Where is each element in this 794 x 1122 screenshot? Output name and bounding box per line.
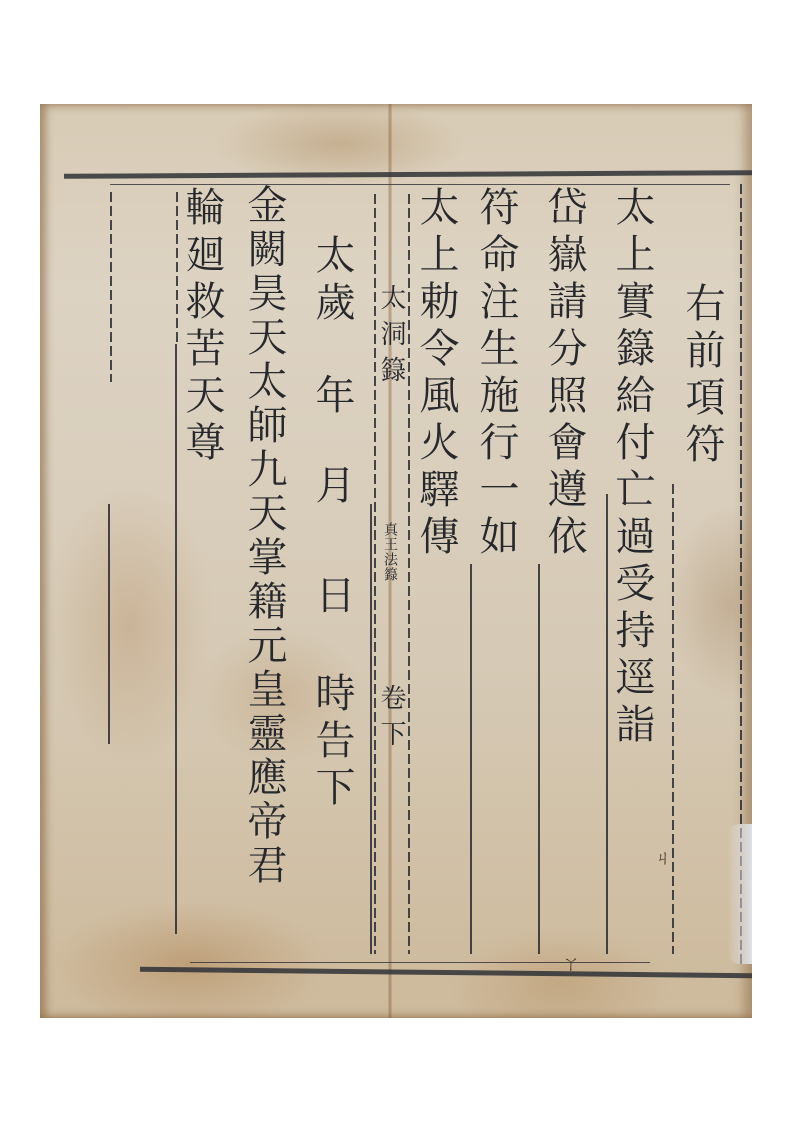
date-year-prefix: 太歲 — [312, 234, 352, 328]
center-margin-line-right — [408, 194, 410, 954]
torn-edge — [728, 824, 752, 964]
column-line — [175, 344, 177, 934]
text-column-right-5: 太上勅令風火驛傳 — [416, 186, 456, 562]
bottom-inner-rule — [190, 962, 650, 963]
center-subtitle: 真王法籙 — [383, 522, 397, 582]
date-month: 月 — [312, 464, 352, 511]
top-inner-rule — [110, 184, 730, 185]
bottom-border-rule — [140, 967, 752, 978]
text-column-right-3: 岱嶽請分照會遵依 — [544, 186, 584, 562]
column-line — [176, 192, 178, 342]
text-column-right-4: 符命注生施行一如 — [476, 186, 516, 562]
top-border-rule — [64, 170, 752, 179]
ink-mark: ㄚ — [562, 950, 580, 976]
text-column-right-2: 太上實籙給付亡過受持逕詣 — [612, 186, 652, 750]
date-year: 年 — [312, 374, 352, 421]
column-line — [470, 564, 472, 954]
column-line — [538, 564, 540, 954]
column-line — [108, 504, 110, 744]
text-column-left-3: 輪廻救苦天尊 — [182, 186, 222, 468]
ink-mark: ㄐ — [654, 844, 672, 870]
column-line — [606, 494, 608, 954]
column-line — [110, 192, 112, 382]
text-column-left-2: 金闕昊天太師九天掌籍元皇靈應帝君 — [244, 184, 284, 888]
volume-label: 卷下 — [378, 684, 404, 756]
column-line — [370, 504, 372, 954]
document-scan: 右前項符 太上實籙給付亡過受持逕詣 岱嶽請分照會遵依 符命注生施行一如 太上勅令… — [40, 104, 752, 1018]
text-column-right-1: 右前項符 — [682, 282, 722, 470]
date-hour-issued: 時告下 — [312, 672, 352, 813]
column-line — [672, 484, 674, 954]
date-day: 日 — [312, 574, 352, 621]
center-title: 太洞籙 — [378, 284, 404, 392]
